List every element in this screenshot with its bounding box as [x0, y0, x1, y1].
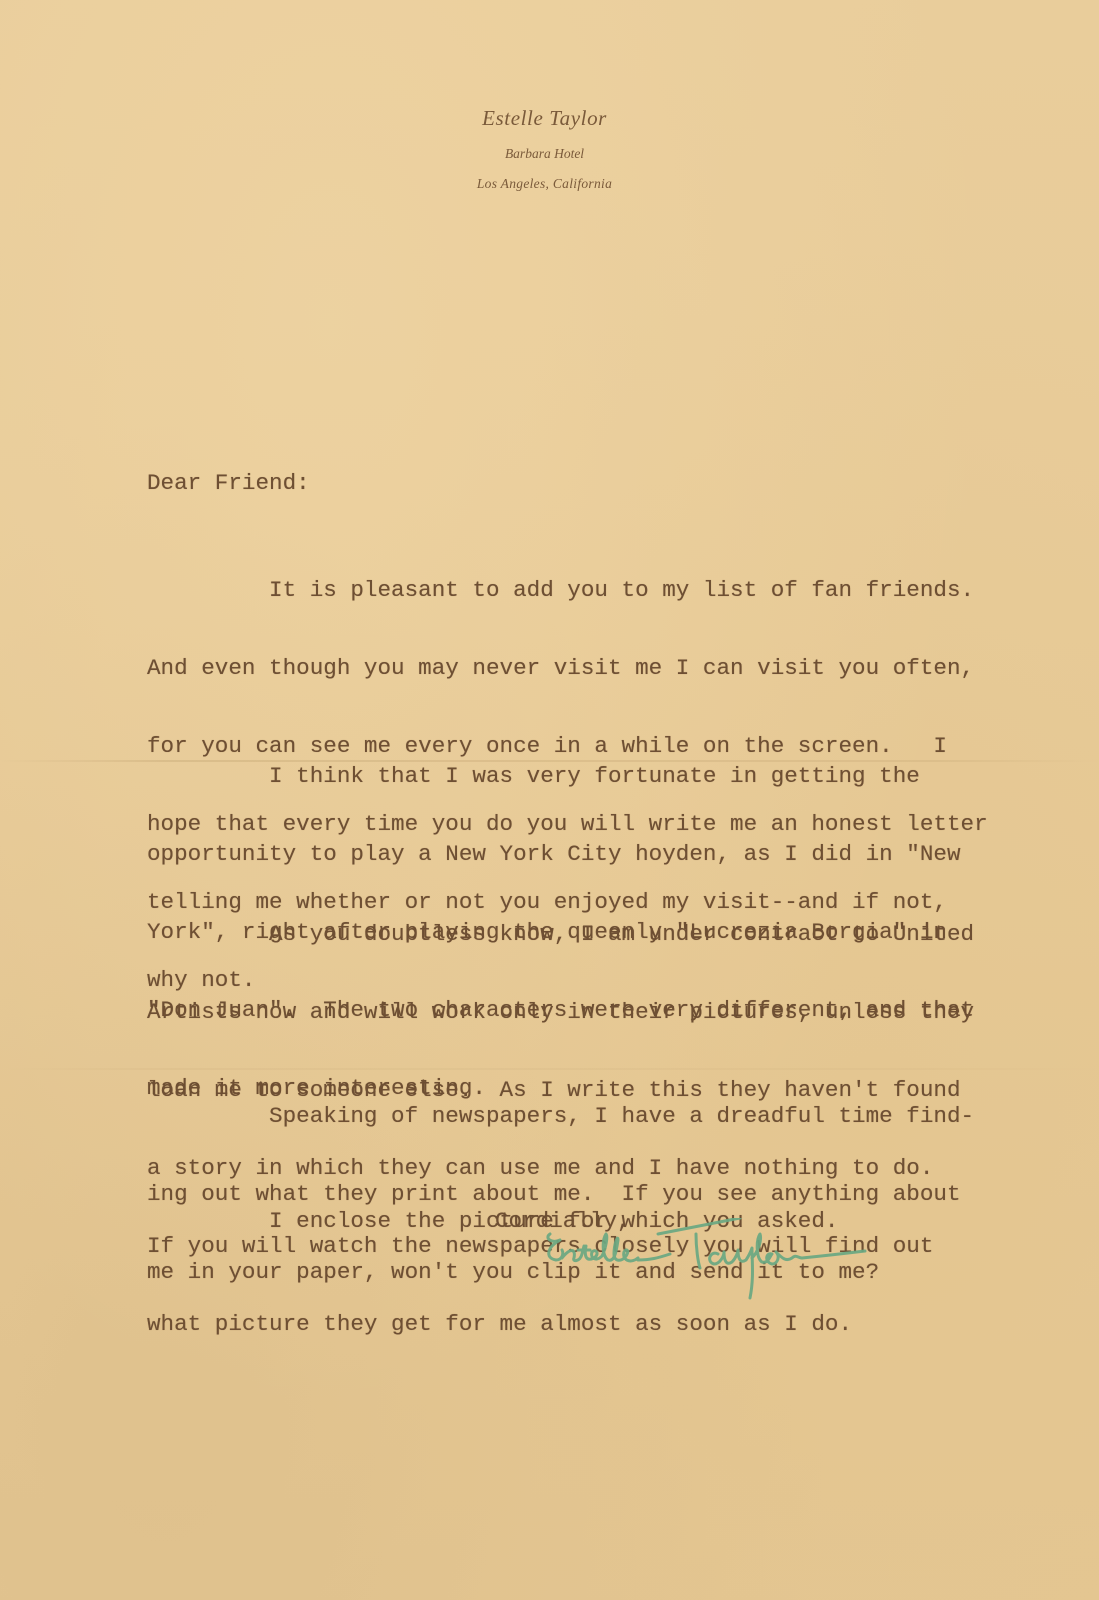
- handwritten-signature: Estelle Taylor: [540, 1218, 880, 1308]
- text-line: opportunity to play a New York City hoyd…: [147, 841, 974, 867]
- text-line: I think that I was very fortunate in get…: [147, 763, 974, 789]
- text-line: And even though you may never visit me I…: [147, 655, 988, 681]
- letterhead-name: Estelle Taylor: [0, 106, 1094, 131]
- letter-page: Estelle Taylor Barbara Hotel Los Angeles…: [0, 0, 1099, 1600]
- text-line: It is pleasant to add you to my list of …: [147, 577, 988, 603]
- text-line: Speaking of newspapers, I have a dreadfu…: [147, 1103, 974, 1129]
- letterhead-hotel: Barbara Hotel: [0, 146, 1094, 162]
- letterhead-city: Los Angeles, California: [0, 176, 1094, 192]
- text-line: As you doubtless know, I am under contra…: [147, 921, 974, 947]
- salutation: Dear Friend:: [147, 470, 310, 496]
- text-line: Artists now and will work only in their …: [147, 999, 974, 1025]
